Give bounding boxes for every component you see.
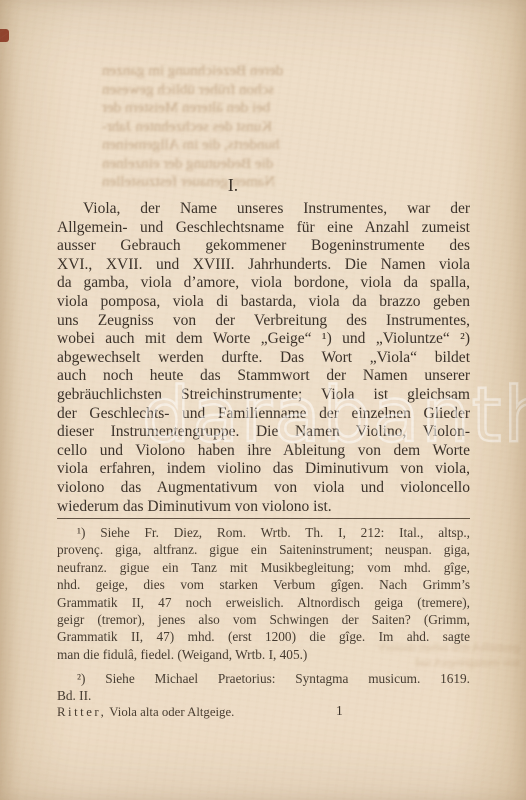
- footnote-text-line: geigr (tremor), jenes also vom Schwingen…: [57, 611, 470, 628]
- body-text-line: wiederum das Diminutivum von violono ist…: [57, 498, 470, 517]
- footnote-text-line: Bd. II.: [57, 687, 470, 704]
- running-footer: Ritter, Viola alta oder Altgeige.: [57, 705, 357, 720]
- footnote-text-line: man die fidulâ, fiedel. (Weigand, Wrtb. …: [57, 646, 470, 663]
- body-text-line: ausser Gebrauch gekommener Bogeninstrume…: [57, 237, 470, 256]
- body-text-line: Viola, der Name unseres Instrumentes, wa…: [57, 200, 470, 219]
- bleedthrough-line: deren Bezeichnung im ganzen: [102, 62, 474, 81]
- scanned-book-page: deren Bezeichnung im ganzenschon früher …: [0, 0, 526, 800]
- body-text-line: violono das Augmentativum von viola und …: [57, 479, 470, 498]
- body-text-line: Allgemein- und Geschlechtsname für eine …: [57, 219, 470, 238]
- footnote-text-line: Grammatik II, 47 noch erweislich. Altnor…: [57, 594, 470, 611]
- footnote-text-line: Grammatik II, 47) mhd. (erst 1200) die g…: [57, 628, 470, 645]
- footnote-text-line: provenç. giga, altfranz. gigue ein Saite…: [57, 541, 470, 558]
- bleedthrough-line: hunderts, die im Allgemeinen: [102, 136, 474, 155]
- footnote-2: ²) Siehe Michael Praetorius: Syntagma mu…: [57, 670, 470, 705]
- section-heading: I.: [57, 175, 409, 196]
- footnote-text-line: ²) Siehe Michael Praetorius: Syntagma mu…: [57, 670, 470, 687]
- body-text-line: dieser Instrumentengruppe. Die Namen Vio…: [57, 423, 470, 442]
- body-text-line: wobei auch mit dem Worte „Geige“ ¹) und …: [57, 330, 470, 349]
- body-text-line: cello und Violono haben ihre Ableitung v…: [57, 442, 470, 461]
- body-text-line: viola erfahren, indem violino das Diminu…: [57, 460, 470, 479]
- footer-author: Ritter,: [57, 705, 106, 719]
- main-paragraph: Viola, der Name unseres Instrumentes, wa…: [57, 200, 470, 516]
- body-text-line: auch noch heute das Stammwort der Namen …: [57, 367, 470, 386]
- footnote-text-line: nhd. geige, dies vom starken Verbum gîge…: [57, 576, 470, 593]
- body-text-line: viola pomposa, viola di bastarda, viola …: [57, 293, 470, 312]
- body-text-line: gebräuchlichsten Streichinstrumente; Vio…: [57, 386, 470, 405]
- footnote-separator-rule: [57, 518, 470, 519]
- body-text-line: der Geschlechts- und Familienname der ei…: [57, 405, 470, 424]
- bleedthrough-line: bei den älteren Meistern der: [102, 99, 474, 118]
- bleedthrough-line: die Bedeutung der einzelnen: [102, 155, 474, 174]
- footer-work-title: Viola alta oder Altgeige.: [106, 705, 234, 719]
- body-text-line: XVI., XVII. und XVIII. Jahrhunderts. Die…: [57, 256, 470, 275]
- footnote-1: ¹) Siehe Fr. Diez, Rom. Wrtb. Th. I, 212…: [57, 524, 470, 663]
- red-edge-stamp: [0, 29, 9, 42]
- bleedthrough-line: Kunst des sechzehnten Jahr-: [102, 118, 474, 137]
- bleedthrough-text-top: deren Bezeichnung im ganzenschon früher …: [102, 62, 474, 192]
- body-text-line: abgewechselt werden durfte. Das Wort „Vi…: [57, 349, 470, 368]
- footnote-text-line: ¹) Siehe Fr. Diez, Rom. Wrtb. Th. I, 212…: [57, 524, 470, 541]
- bleedthrough-line: schon früher üblich gewesen: [102, 81, 474, 100]
- body-text-line: uns Zeugniss von der Verbreitung des Ins…: [57, 312, 470, 331]
- page-number: 1: [336, 703, 343, 719]
- body-text-line: da gamba, viola d’amore, viola bordone, …: [57, 274, 470, 293]
- footnote-text-line: neufranz. gigue ein Tanz mit Musikbeglei…: [57, 559, 470, 576]
